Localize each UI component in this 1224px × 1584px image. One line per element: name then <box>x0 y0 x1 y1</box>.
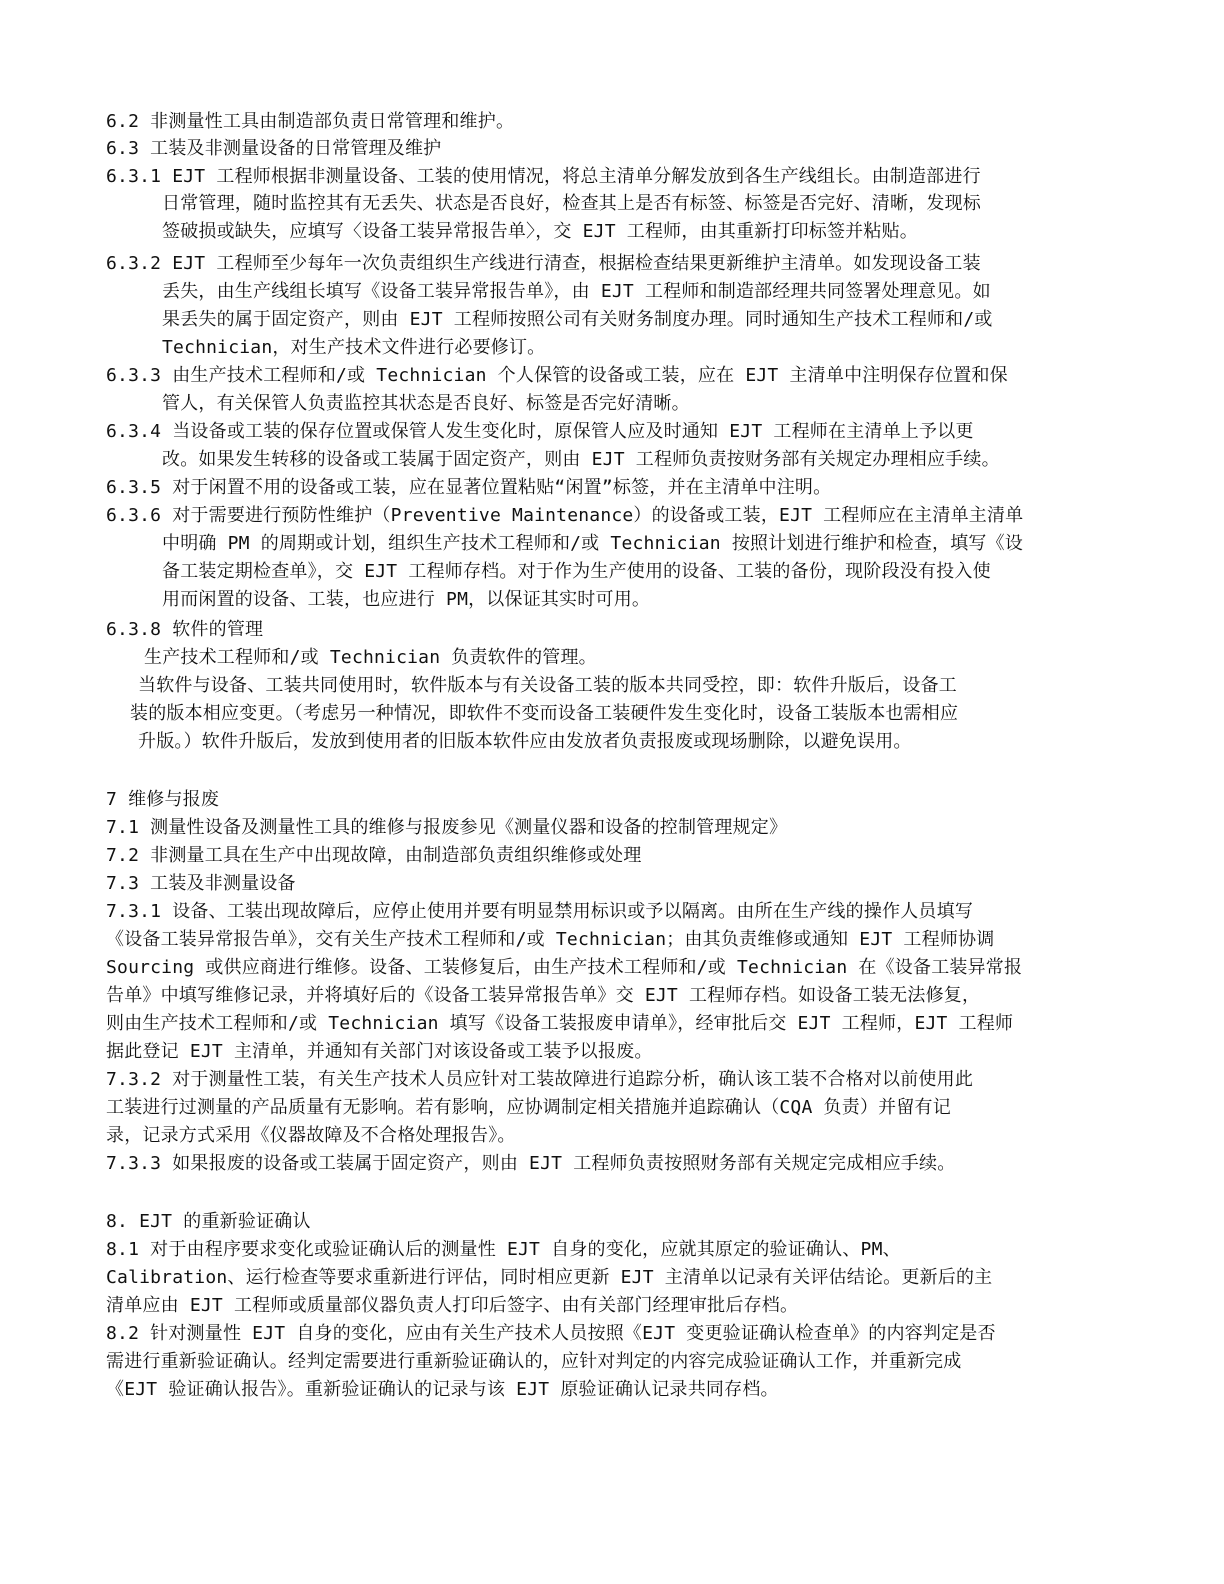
text-line: 备工装定期检查单》，交 EJT 工程师存档。对于作为生产使用的设备、工装的备份，… <box>162 561 991 583</box>
text-line: 升版。）软件升版后，发放到使用者的旧版本软件应由发放者负责报废或现场删除，以避免… <box>138 731 912 753</box>
text-line: 8.2 针对测量性 EJT 自身的变化，应由有关生产技术人员按照《EJT 变更验… <box>106 1323 996 1345</box>
text-line: 6.3.4 当设备或工装的保存位置或保管人发生变化时，原保管人应及时通知 EJT… <box>106 421 974 443</box>
text-line: 6.3.2 EJT 工程师至少每年一次负责组织生产线进行清查，根据检查结果更新维… <box>106 253 981 275</box>
text-line: 6.3.3 由生产技术工程师和/或 Technician 个人保管的设备或工装，… <box>106 365 1008 387</box>
text-line: 6.2 非测量性工具由制造部负责日常管理和维护。 <box>106 111 514 133</box>
text-line: 据此登记 EJT 主清单，并通知有关部门对该设备或工装予以报废。 <box>106 1041 653 1063</box>
text-line: 告单》中填写维修记录，并将填好后的《设备工装异常报告单》交 EJT 工程师存档。… <box>106 985 980 1007</box>
text-line: 用而闲置的设备、工装，也应进行 PM，以保证其实时可用。 <box>162 589 650 611</box>
text-line: 6.3.8 软件的管理 <box>106 619 263 641</box>
text-line: 装的版本相应变更。（考虑另一种情况，即软件不变而设备工装硬件发生变化时，设备工装… <box>130 703 958 725</box>
text-line: 需进行重新验证确认。经判定需要进行重新验证确认的，应针对判定的内容完成验证确认工… <box>106 1351 961 1373</box>
text-line: 管人，有关保管人负责监控其状态是否良好、标签是否完好清晰。 <box>162 393 690 415</box>
text-line: 6.3.5 对于闲置不用的设备或工装，应在显著位置粘贴“闲置”标签，并在主清单中… <box>106 477 831 499</box>
text-line: 《设备工装异常报告单》，交有关生产技术工程师和/或 Technician；由其负… <box>106 929 994 951</box>
text-line: Sourcing 或供应商进行维修。设备、工装修复后，由生产技术工程师和/或 T… <box>106 957 1022 979</box>
text-line: 7.3.2 对于测量性工装，有关生产技术人员应针对工装故障进行追踪分析，确认该工… <box>106 1069 973 1091</box>
text-line: 7.1 测量性设备及测量性工具的维修与报废参见《测量仪器和设备的控制管理规定》 <box>106 817 787 839</box>
text-line: Calibration、运行检查等要求重新进行评估，同时相应更新 EJT 主清单… <box>106 1267 992 1289</box>
text-line: 果丢失的属于固定资产，则由 EJT 工程师按照公司有关财务制度办理。同时通知生产… <box>162 309 993 331</box>
text-line: 丢失，由生产线组长填写《设备工装异常报告单》，由 EJT 工程师和制造部经理共同… <box>162 281 991 303</box>
text-line: 7.3 工装及非测量设备 <box>106 873 296 895</box>
text-line: 7.3.3 如果报废的设备或工装属于固定资产，则由 EJT 工程师负责按照财务部… <box>106 1153 955 1175</box>
text-line: 6.3 工装及非测量设备的日常管理及维护 <box>106 138 441 160</box>
text-line: Technician，对生产技术文件进行必要修订。 <box>162 337 545 359</box>
text-line: 则由生产技术工程师和/或 Technician 填写《设备工装报废申请单》，经审… <box>106 1013 1013 1035</box>
text-line: 6.3.1 EJT 工程师根据非测量设备、工装的使用情况，将总主清单分解发放到各… <box>106 166 981 188</box>
text-line: 7.3.1 设备、工装出现故障后，应停止使用并要有明显禁用标识或予以隔离。由所在… <box>106 901 973 923</box>
text-line: 《EJT 验证确认报告》。重新验证确认的记录与该 EJT 原验证确认记录共同存档… <box>106 1379 779 1401</box>
text-line: 7 维修与报废 <box>106 789 219 811</box>
text-line: 中明确 PM 的周期或计划，组织生产技术工程师和/或 Technician 按照… <box>162 533 1023 555</box>
text-line: 8. EJT 的重新验证确认 <box>106 1211 311 1233</box>
text-line: 工装进行过测量的产品质量有无影响。若有影响，应协调制定相关措施并追踪确认（CQA… <box>106 1097 951 1119</box>
text-line: 7.2 非测量工具在生产中出现故障，由制造部负责组织维修或处理 <box>106 845 642 867</box>
text-line: 签破损或缺失，应填写〈设备工装异常报告单〉，交 EJT 工程师，由其重新打印标签… <box>162 221 918 243</box>
text-line: 生产技术工程师和/或 Technician 负责软件的管理。 <box>144 647 597 669</box>
text-line: 8.1 对于由程序要求变化或验证确认后的测量性 EJT 自身的变化，应就其原定的… <box>106 1239 901 1261</box>
text-line: 清单应由 EJT 工程师或质量部仪器负责人打印后签字、由有关部门经理审批后存档。 <box>106 1295 798 1317</box>
text-line: 改。如果发生转移的设备或工装属于固定资产，则由 EJT 工程师负责按财务部有关规… <box>162 449 1000 471</box>
text-line: 6.3.6 对于需要进行预防性维护（Preventive Maintenance… <box>106 505 1023 527</box>
text-line: 当软件与设备、工装共同使用时，软件版本与有关设备工装的版本共同受控，即：软件升版… <box>138 675 957 697</box>
text-line: 录，记录方式采用《仪器故障及不合格处理报告》。 <box>106 1125 516 1147</box>
text-line: 日常管理，随时监控其有无丢失、状态是否良好，检查其上是否有标签、标签是否完好、清… <box>162 193 981 215</box>
